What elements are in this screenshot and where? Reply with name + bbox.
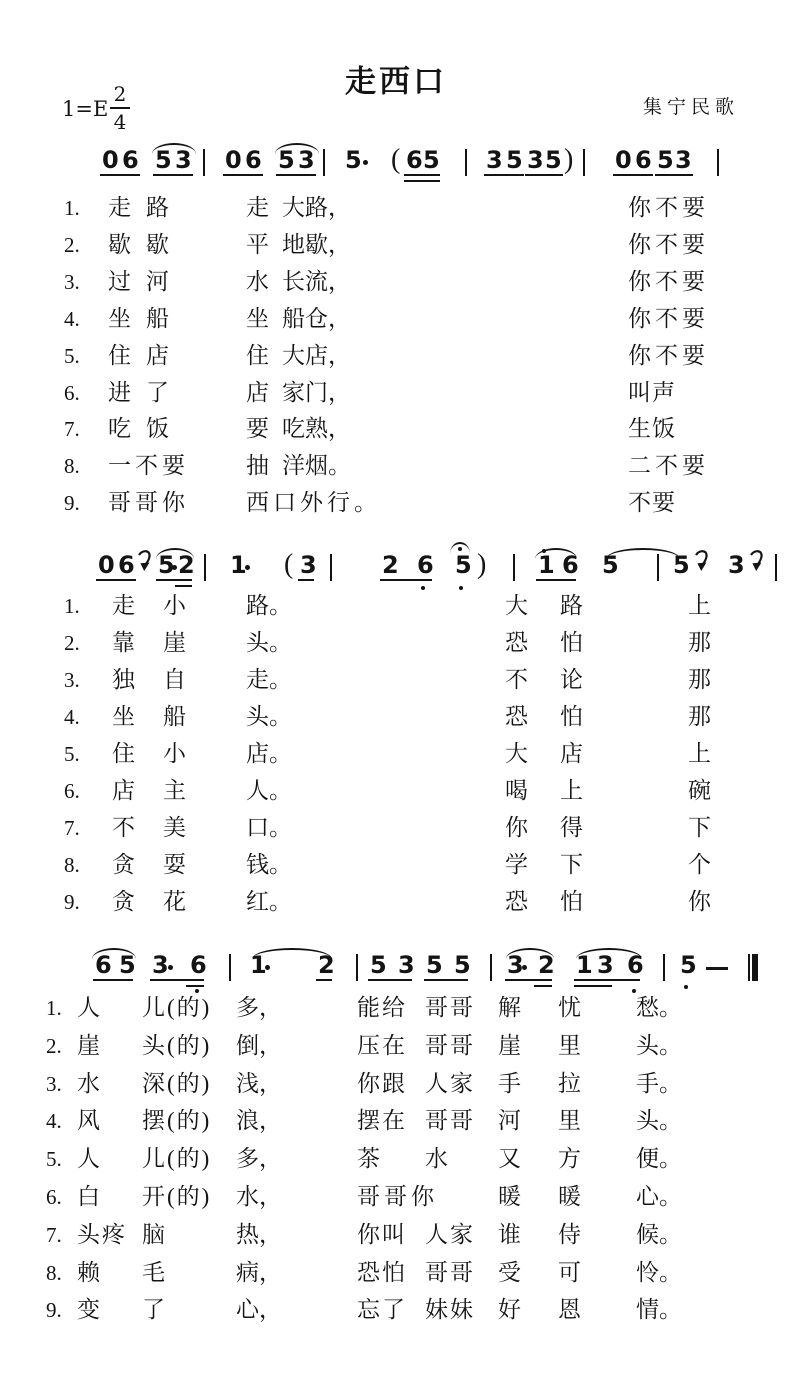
slur-tie-arc: [275, 143, 319, 154]
verse-number: 8.: [46, 1259, 62, 1287]
lyric-cell: 恩: [558, 1296, 581, 1324]
interlude-paren: ): [477, 551, 486, 579]
note-digit: 5: [370, 953, 387, 977]
lyric-cell: 你不要: [628, 342, 709, 370]
verse-number: 5.: [64, 342, 80, 370]
verse-row: 5.住小店。大店上: [0, 740, 792, 774]
verse-row: 6.进了店家门，叫声: [0, 379, 792, 413]
lyric-cell: 哥哥: [425, 1032, 475, 1060]
verse-number: 9.: [46, 1296, 62, 1324]
beam-line: [536, 579, 576, 581]
lyric-cell: 病，: [236, 1259, 282, 1287]
lyric-cell: 那: [688, 666, 711, 694]
beam-line: [655, 174, 693, 176]
lyric-cell: 拉: [558, 1070, 581, 1098]
fermata-icon: [450, 542, 470, 554]
note-digit: 3: [728, 553, 745, 577]
lyric-cell: 美: [163, 814, 186, 842]
beam-line: [505, 979, 552, 981]
slur-tie-arc: [92, 948, 136, 959]
note-digit: 2: [382, 553, 399, 577]
lyric-cell: 河: [498, 1107, 521, 1135]
lyric-cell: 手: [498, 1070, 521, 1098]
lyric-cell: 妹妹: [425, 1296, 475, 1324]
lyric-cell: 你不要: [628, 268, 709, 296]
lyric-cell: 西口外行。: [246, 489, 381, 517]
lyric-cell: 愁。: [636, 994, 682, 1022]
lyric-cell: 恐: [505, 703, 528, 731]
lyric-cell: 里: [558, 1107, 581, 1135]
lyric-cell: 多，: [236, 1145, 282, 1173]
verse-number: 5.: [64, 740, 80, 768]
lyric-cell: 哥哥你: [357, 1183, 438, 1211]
verse-row: 1.人儿(的)多，能给哥哥解忧愁。: [0, 994, 792, 1028]
note-digit: 5: [680, 953, 697, 977]
time-signature: 2 4: [108, 84, 132, 132]
verse-number: 1.: [64, 194, 80, 222]
barline: [356, 954, 358, 981]
lyric-cell: 一不要: [108, 452, 189, 480]
lyric-cell: 你叫: [357, 1221, 407, 1249]
beam-line: [525, 174, 563, 176]
lyric-cell: 你不要: [628, 231, 709, 259]
lyric-cell: 仓，: [305, 305, 351, 333]
lyric-cell: 路: [560, 592, 583, 620]
note-digit: 0: [98, 553, 115, 577]
lyric-cell: 下: [560, 851, 583, 879]
slide-down-icon: [694, 549, 711, 572]
lyric-cell: 能给: [357, 994, 407, 1022]
lyric-cell: 熟，: [305, 415, 351, 443]
lyric-cell: 坐船: [108, 305, 184, 333]
slur-tie-arc: [156, 548, 194, 559]
lyric-cell: 头。: [246, 629, 292, 657]
barline: [775, 554, 777, 581]
verse-row: 3.过河水长流，你不要: [0, 268, 792, 302]
beam-line: [404, 174, 440, 176]
barline: [229, 954, 231, 981]
augmentation-dot: [168, 965, 173, 970]
verse-row: 2.靠崖头。恐怕那: [0, 629, 792, 663]
octave-dot-low: [684, 985, 688, 989]
verse-number: 5.: [46, 1145, 62, 1173]
verse-number: 6.: [46, 1183, 62, 1211]
lyric-cell: 上: [560, 777, 583, 805]
lyric-cell: 开(的): [142, 1183, 211, 1211]
note-digit: 6: [417, 553, 434, 577]
verse-number: 2.: [46, 1032, 62, 1060]
lyric-cell: 浪，: [236, 1107, 282, 1135]
interlude-paren: (: [284, 551, 293, 579]
slide-down-icon: [137, 549, 154, 572]
lyric-cell: 怕: [560, 888, 583, 916]
verse-row: 3.独自走。不论那: [0, 666, 792, 700]
beam-line: [100, 174, 140, 176]
lyric-cell: 贪: [112, 888, 135, 916]
note-digit: 6: [406, 148, 423, 172]
half-note-dash: [706, 967, 728, 970]
lyric-cell: 变: [77, 1296, 102, 1324]
lyric-cell: 恐: [505, 888, 528, 916]
lyric-cell: 不: [112, 814, 135, 842]
final-barline: [748, 954, 750, 981]
lyric-cell: 独: [112, 666, 135, 694]
lyric-cell: 好: [498, 1296, 521, 1324]
verse-row: 8.一不要抽洋烟。二不要: [0, 452, 792, 486]
lyric-cell: 多，: [236, 994, 282, 1022]
lyric-cell: 水，: [236, 1183, 282, 1211]
beam-line: [574, 979, 640, 981]
verse-row: 4.风摆(的)浪，摆在哥哥河里头。: [0, 1107, 792, 1141]
verse-number: 1.: [46, 994, 62, 1022]
lyric-cell: 心。: [636, 1183, 682, 1211]
note-digit: 5: [426, 953, 443, 977]
verse-row: 4.坐船头。恐怕那: [0, 703, 792, 737]
lyric-cell: 个: [688, 851, 711, 879]
verse-row: 8.贪耍钱。学下个: [0, 851, 792, 885]
lyric-cell: 解: [498, 994, 521, 1022]
lyric-cell: 歇，: [305, 231, 351, 259]
beam-line: [613, 174, 653, 176]
beam-line: [93, 979, 133, 981]
slur-tie-arc: [576, 948, 642, 959]
lyric-cell: 吃饭: [108, 415, 184, 443]
lyric-cell: 碗: [688, 777, 711, 805]
verse-row: 2.崖头(的)倒，压在哥哥崖里头。: [0, 1032, 792, 1066]
beam-line-second: [534, 985, 552, 987]
verse-row: 1.走小路。大路上: [0, 592, 792, 626]
note-digit: 2: [318, 953, 335, 977]
note-digit: 5: [345, 148, 362, 172]
beam-line: [368, 979, 412, 981]
verse-number: 3.: [64, 268, 80, 296]
lyric-cell: 你不要: [628, 305, 709, 333]
verse-row: 9.变了心，忘了妹妹好恩情。: [0, 1296, 792, 1330]
lyric-cell: 自: [163, 666, 186, 694]
lyric-cell: 儿(的): [142, 994, 211, 1022]
verse-number: 6.: [64, 379, 80, 407]
slur-tie-arc: [506, 948, 554, 959]
note-digit: 6: [190, 953, 207, 977]
verse-row: 6.店主人。喝上碗: [0, 777, 792, 811]
lyric-cell: 怕: [560, 703, 583, 731]
lyric-cell: 路。: [246, 592, 292, 620]
augmentation-dot: [245, 565, 250, 570]
lyric-cell: 深(的): [142, 1070, 211, 1098]
note-digit: 6: [245, 148, 262, 172]
verse-number: 7.: [64, 814, 80, 842]
slide-down-icon: [749, 549, 766, 572]
note-digit: 5: [657, 148, 674, 172]
note-digit: 0: [102, 148, 119, 172]
slur-tie-arc: [152, 143, 196, 154]
lyric-cell: 水: [425, 1145, 450, 1173]
octave-dot-low: [459, 586, 463, 590]
barline: [657, 554, 659, 581]
lyric-cell: 红。: [246, 888, 292, 916]
lyric-cell: 烟。: [305, 452, 351, 480]
lyric-cell: 头疼: [77, 1221, 127, 1249]
barline: [663, 954, 665, 981]
note-digit: 6: [635, 148, 652, 172]
lyric-cell: 不要: [628, 489, 676, 517]
lyric-cell: 白: [77, 1183, 102, 1211]
lyric-cell: 住: [112, 740, 135, 768]
barline: [203, 149, 205, 176]
lyric-cell: 情。: [636, 1296, 682, 1324]
lyric-cell: 崖: [163, 629, 186, 657]
verse-row: 3.水深(的)浅，你跟人家手拉手。: [0, 1070, 792, 1104]
lyric-cell: 赖: [77, 1259, 102, 1287]
lyric-cell: 小: [163, 592, 186, 620]
barline: [513, 554, 515, 581]
lyric-cell: 茶: [357, 1145, 382, 1173]
lyric-cell: 坐: [112, 703, 135, 731]
augmentation-dot: [265, 965, 270, 970]
lyric-cell: 人: [77, 994, 102, 1022]
note-digit: 5: [545, 148, 562, 172]
verse-number: 3.: [64, 666, 80, 694]
verse-number: 1.: [64, 592, 80, 620]
verse-row: 9.哥哥你西口外行。不要: [0, 489, 792, 523]
verse-number: 8.: [64, 851, 80, 879]
lyric-cell: 论: [560, 666, 583, 694]
lyric-cell: 钱。: [246, 851, 292, 879]
beam-line: [298, 579, 314, 581]
lyric-cell: 贪: [112, 851, 135, 879]
note-digit: 3: [300, 553, 317, 577]
lyric-cell: 靠: [112, 629, 135, 657]
barline: [490, 954, 492, 981]
lyric-cell: 进了: [108, 379, 184, 407]
lyric-cell: 那: [688, 629, 711, 657]
verse-row: 5.人儿(的)多，茶水又方便。: [0, 1145, 792, 1179]
meter-numerator: 2: [108, 84, 132, 107]
note-digit: 6: [118, 553, 135, 577]
beam-line-second: [186, 985, 204, 987]
lyric-cell: 儿(的): [142, 1145, 211, 1173]
octave-dot-low: [421, 586, 425, 590]
lyric-cell: 脑: [142, 1221, 167, 1249]
lyric-cell: 候。: [636, 1221, 682, 1249]
verse-number: 7.: [46, 1221, 62, 1249]
verse-row: 7.头疼脑热，你叫人家谁侍候。: [0, 1221, 792, 1255]
note-digit: 0: [615, 148, 632, 172]
lyric-cell: 恐怕: [357, 1259, 407, 1287]
beam-line: [484, 174, 524, 176]
lyric-cell: 怜。: [636, 1259, 682, 1287]
lyric-cell: 店: [560, 740, 583, 768]
beam-line: [276, 174, 316, 176]
lyric-cell: 走路: [108, 194, 184, 222]
lyric-cell: 小: [163, 740, 186, 768]
lyric-cell: 不: [505, 666, 528, 694]
verse-number: 6.: [64, 777, 80, 805]
octave-dot-low: [195, 989, 199, 993]
verse-number: 2.: [64, 231, 80, 259]
lyric-cell: 走。: [246, 666, 292, 694]
lyric-cell: 走: [112, 592, 135, 620]
verse-number: 4.: [46, 1107, 62, 1135]
note-digit: 5: [454, 953, 471, 977]
lyric-cell: 学: [505, 851, 528, 879]
augmentation-dot: [363, 160, 368, 165]
verse-number: 4.: [64, 703, 80, 731]
song-source: 集宁民歌: [643, 92, 739, 119]
lyric-cell: 头(的): [142, 1032, 211, 1060]
note-digit: 3: [398, 953, 415, 977]
lyric-cell: 便。: [636, 1145, 682, 1173]
lyric-cell: 心，: [236, 1296, 282, 1324]
lyric-cell: 你: [688, 888, 711, 916]
lyric-cell: 里: [558, 1032, 581, 1060]
verse-row: 8.赖毛病，恐怕哥哥受可怜。: [0, 1259, 792, 1293]
octave-dot-low: [632, 989, 636, 993]
lyric-cell: 流，: [305, 268, 351, 296]
verse-number: 3.: [46, 1070, 62, 1098]
lyric-cell: 可: [558, 1259, 581, 1287]
lyric-cell: 上: [688, 740, 711, 768]
lyric-cell: 二不要: [628, 452, 709, 480]
meter-denominator: 4: [108, 109, 132, 132]
lyric-cell: 了: [142, 1296, 167, 1324]
note-digit: 5: [506, 148, 523, 172]
lyric-cell: 歇歇: [108, 231, 184, 259]
lyric-cell: 口。: [246, 814, 292, 842]
lyric-cell: 你: [505, 814, 528, 842]
note-digit: 6: [122, 148, 139, 172]
sheet-music-page: 走西口 1=E 2 4 集宁民歌 065306535(653535)06531.…: [0, 0, 792, 1400]
lyric-cell: 门，: [305, 379, 351, 407]
lyric-cell: 叫声: [628, 379, 676, 407]
lyric-cell: 风: [77, 1107, 102, 1135]
beam-line-second: [574, 985, 612, 987]
barline: [583, 149, 585, 176]
interlude-paren: ): [564, 146, 573, 174]
lyric-cell: 暖: [498, 1183, 521, 1211]
lyric-cell: 那: [688, 703, 711, 731]
note-digit: 3: [527, 148, 544, 172]
verse-row: 7.吃饭要吃熟，生饭: [0, 415, 792, 449]
barline: [717, 149, 719, 176]
beam-line: [424, 979, 468, 981]
beam-line-second: [175, 585, 192, 587]
beam-line: [96, 579, 136, 581]
lyric-cell: 人家: [425, 1070, 475, 1098]
lyric-cell: 人家: [425, 1221, 475, 1249]
lyric-cell: 店，: [305, 342, 351, 370]
lyric-cell: 头。: [246, 703, 292, 731]
lyric-cell: 船: [163, 703, 186, 731]
note-digit: 0: [225, 148, 242, 172]
lyric-cell: 下: [688, 814, 711, 842]
lyric-cell: 手。: [636, 1070, 682, 1098]
note-digit: 5: [455, 553, 472, 577]
lyric-cell: 得: [560, 814, 583, 842]
barline: [330, 554, 332, 581]
barline: [465, 149, 467, 176]
lyric-cell: 浅，: [236, 1070, 282, 1098]
lyric-cell: 店。: [246, 740, 292, 768]
beam-line: [156, 579, 192, 581]
lyric-cell: 热，: [236, 1221, 282, 1249]
lyric-cell: 店: [112, 777, 135, 805]
verse-row: 6.白开(的)水，哥哥你暖暖心。: [0, 1183, 792, 1217]
note-digit: 5: [423, 148, 440, 172]
beam-line-second: [404, 180, 440, 182]
lyric-cell: 喝: [505, 777, 528, 805]
lyric-cell: 哥哥: [425, 1107, 475, 1135]
barline: [323, 149, 325, 176]
lyric-cell: 大: [505, 592, 528, 620]
barline: [204, 554, 206, 581]
lyric-cell: 摆在: [357, 1107, 407, 1135]
augmentation-dot: [522, 965, 527, 970]
note-digit: 1: [230, 553, 247, 577]
verse-row: 7.不美口。你得下: [0, 814, 792, 848]
lyric-cell: 你跟: [357, 1070, 407, 1098]
lyric-cell: 耍: [163, 851, 186, 879]
lyric-cell: 路，: [305, 194, 351, 222]
lyric-cell: 倒，: [236, 1032, 282, 1060]
lyric-cell: 花: [163, 888, 186, 916]
lyric-cell: 上: [688, 592, 711, 620]
beam-line: [153, 174, 193, 176]
verse-row: 1.走路走大路，你不要: [0, 194, 792, 228]
lyric-cell: 人: [77, 1145, 102, 1173]
lyric-cell: 受: [498, 1259, 521, 1287]
slur-tie-arc: [606, 548, 680, 559]
lyric-cell: 崖: [77, 1032, 102, 1060]
lyric-cell: 怕: [560, 629, 583, 657]
lyric-cell: 哥哥: [425, 994, 475, 1022]
verse-number: 8.: [64, 452, 80, 480]
beam-line: [316, 979, 332, 981]
lyric-cell: 压在: [357, 1032, 407, 1060]
lyric-cell: 主: [163, 777, 186, 805]
verse-row: 9.贪花红。恐怕你: [0, 888, 792, 922]
lyric-cell: 毛: [142, 1259, 167, 1287]
note-digit: 5: [673, 553, 690, 577]
lyric-cell: 崖: [498, 1032, 521, 1060]
lyric-cell: 哥哥你: [108, 489, 189, 517]
augmentation-dot: [172, 565, 177, 570]
verse-row: 5.住店住大店，你不要: [0, 342, 792, 376]
lyric-cell: 住店: [108, 342, 184, 370]
verse-number: 4.: [64, 305, 80, 333]
key-signature: 1=E: [62, 97, 108, 121]
note-digit: 3: [486, 148, 503, 172]
notation-line: 065306535(653535)0653: [0, 141, 792, 201]
lyric-cell: 你不要: [628, 194, 709, 222]
lyric-cell: 忧: [558, 994, 581, 1022]
lyric-cell: 哥哥: [425, 1259, 475, 1287]
verse-number: 2.: [64, 629, 80, 657]
note-digit: 3: [152, 953, 169, 977]
verse-number: 9.: [64, 888, 80, 916]
lyric-cell: 侍: [558, 1221, 581, 1249]
lyric-cell: 又: [498, 1145, 521, 1173]
beam-line: [223, 174, 263, 176]
lyric-cell: 暖: [558, 1183, 581, 1211]
lyric-cell: 摆(的): [142, 1107, 211, 1135]
lyric-cell: 方: [558, 1145, 581, 1173]
lyric-cell: 恐: [505, 629, 528, 657]
beam-line: [150, 979, 204, 981]
lyric-cell: 人。: [246, 777, 292, 805]
verse-number: 9.: [64, 489, 80, 517]
lyric-cell: 水: [77, 1070, 102, 1098]
